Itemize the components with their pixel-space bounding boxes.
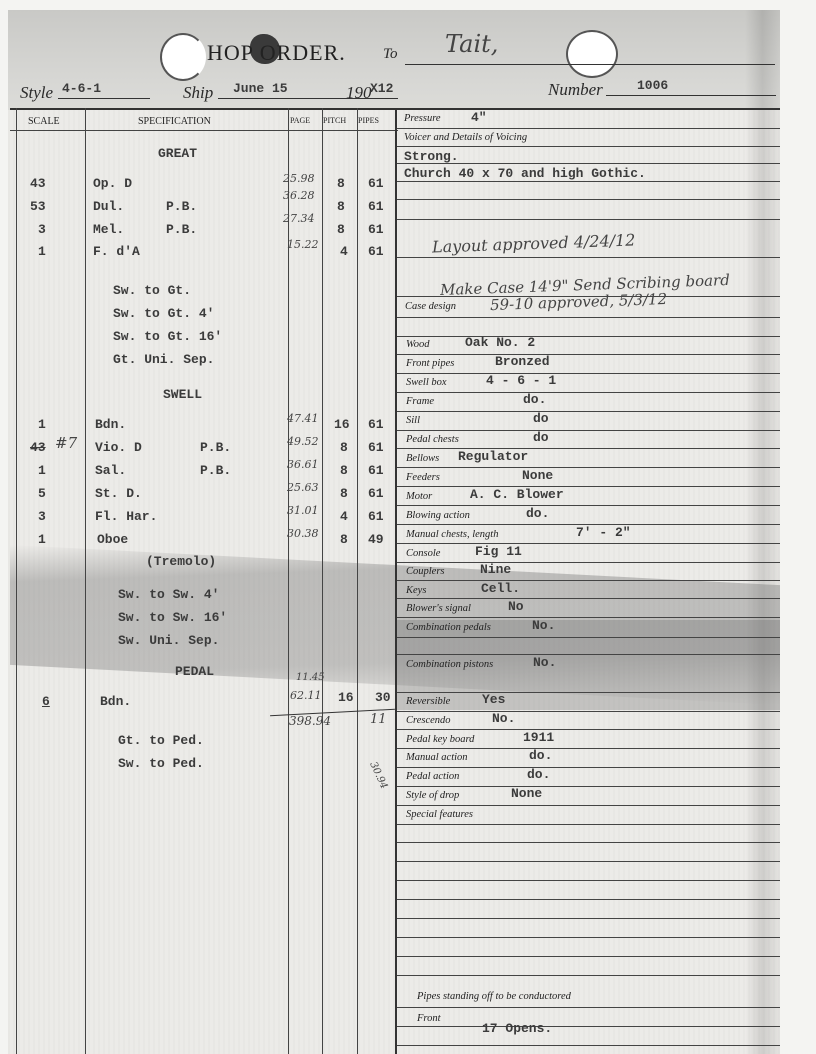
ruled-line [397,937,780,938]
detail-label: Swell box [406,377,447,388]
detail-label: Frame [406,396,434,407]
scale-cell: 43 [30,176,46,191]
scale-cell: 53 [30,199,46,214]
page-cell: 30.38 [287,527,319,540]
tremolo: (Tremolo) [146,554,216,569]
detail-label: Style of drop [406,790,459,801]
scale-cell: 1 [38,532,46,547]
pipes-cell: 61 [368,440,384,455]
col-header-pitch: PITCH [323,116,346,125]
pressure-label: Pressure [404,113,441,124]
stop-name: Vio. D [95,440,142,455]
detail-value: No [508,599,524,614]
detail-value: Bronzed [495,354,550,369]
ship-underline [218,98,398,99]
style-underline [58,98,150,99]
detail-label: Manual action [406,752,468,763]
pipes-cell: 61 [368,176,384,191]
detail-label: Sill [406,415,420,426]
detail-value: None [522,468,553,483]
detail-value: do [533,411,549,426]
stop-name: Bdn. [100,694,131,709]
page-cell-above: 11.45 [296,672,325,683]
detail-label: Keys [406,585,426,596]
ruled-line [397,505,780,506]
stop-note: P.B. [200,463,231,478]
pitch-cell: 16 [338,690,354,705]
coupler: Gt. to Ped. [118,733,204,748]
ruled-line [397,580,780,581]
page-cell: 27.34 [283,212,315,225]
detail-value: No. [492,711,515,726]
pitch-cell: 8 [340,440,348,455]
number-underline [606,95,776,96]
pitch-cell: 8 [337,199,345,214]
detail-label: Feeders [406,472,440,483]
detail-label: Console [406,548,440,559]
detail-label: Motor [406,491,432,502]
col-header-specification: SPECIFICATION [138,116,211,127]
ruled-line [397,805,780,806]
scan-stripe [745,10,780,1054]
detail-label: Combination pistons [406,659,493,670]
column-rule [85,108,86,1054]
ruled-line [397,637,780,638]
coupler: Sw. to Gt. 4' [113,306,214,321]
detail-value: Regulator [458,449,528,464]
coupler: Sw. to Sw. 4' [118,587,219,602]
front-label: Front [417,1013,441,1024]
ruled-line [397,842,780,843]
ruled-line [397,861,780,862]
detail-value: do. [527,767,550,782]
pitch-cell: 4 [340,244,348,259]
page-cell: 25.98 [283,172,315,185]
page-cell: 31.01 [287,504,319,517]
col-header-scale: SCALE [28,116,60,127]
detail-label: Pedal chests [406,434,459,445]
pressure-value: 4" [471,110,487,125]
ruled-line [397,692,780,693]
coupler: Gt. Uni. Sep. [113,352,214,367]
detail-label: Blowing action [406,510,470,521]
number-label: Number [548,80,603,100]
detail-value: do. [529,748,552,763]
section-title-swell: SWELL [163,387,202,402]
ruled-line [397,430,780,431]
page-cell: 47.41 [287,412,319,425]
column-rule [357,108,358,1054]
style-value: 4-6-1 [62,81,101,96]
detail-value: None [511,786,542,801]
ruled-line [397,486,780,487]
ruled-line [397,199,780,200]
ruled-line [397,411,780,412]
pipes-cell: 61 [368,463,384,478]
pitch-cell: 4 [340,509,348,524]
ruled-line [397,1026,780,1027]
detail-label: Special features [406,809,473,820]
pipes-cell: 61 [368,199,384,214]
stop-note: P.B. [200,440,231,455]
detail-value: Nine [480,562,511,577]
ruled-line [397,729,780,730]
voicing-line: Church 40 x 70 and high Gothic. [404,166,646,181]
detail-value: No. [533,655,556,670]
pipes-cell: 61 [368,244,384,259]
pipes-cell: 61 [368,417,384,432]
scale-cell: 6 [42,694,50,709]
page-cell: 25.63 [287,481,319,494]
stop-name: Dul. [93,199,124,214]
stop-note: P.B. [166,222,197,237]
ruled-line [397,146,780,147]
ruled-line [397,786,780,787]
scale-cell: 1 [38,463,46,478]
ruled-line [397,448,780,449]
ship-value: June 15 [233,81,288,96]
column-rule [16,108,17,1054]
detail-value: Cell. [481,581,520,596]
ruled-line [397,767,780,768]
page-cell: 15.22 [287,238,319,251]
detail-label: Pedal action [406,771,459,782]
to-value: Tait, [445,30,498,58]
pitch-cell: 8 [340,463,348,478]
ruled-line [397,899,780,900]
front-value: 17 Opens. [482,1021,552,1036]
page-total: 398.94 [289,714,331,728]
detail-value: A. C. Blower [470,487,564,502]
pipes-cell: 61 [368,486,384,501]
page-cell: 49.52 [287,435,319,448]
year-value: X12 [370,81,393,96]
ship-label: Ship [183,83,213,103]
detail-value: do. [523,392,546,407]
punch-hole [566,30,618,78]
scale-cell: 5 [38,486,46,501]
detail-value: 4 - 6 - 1 [486,373,556,388]
coupler: Sw. to Gt. [113,283,191,298]
col-header-pipes: PIPES [358,116,379,125]
scale-cell: 1 [38,417,46,432]
detail-label: Wood [406,339,430,350]
voicer-label: Voicer and Details of Voicing [404,132,527,143]
ruled-line [397,562,780,563]
ruled-line [397,918,780,919]
detail-value: Oak No. 2 [465,335,535,350]
year-prefix: 190 [346,83,372,103]
to-label: To [383,46,397,63]
page-cell: 36.28 [283,189,315,202]
pipes-cell: 30 [375,690,391,705]
scale-cell: #7 [55,434,77,452]
column-rule [322,108,323,1054]
coupler: Sw. to Gt. 16' [113,329,222,344]
header-divider [10,130,398,131]
ruled-line [397,598,780,599]
ruled-line [397,467,780,468]
ruled-line [397,711,780,712]
ruled-line [397,317,780,318]
detail-value: 1911 [523,730,554,745]
pipes-standing-label: Pipes standing off to be conductored [417,991,571,1002]
ruled-line [397,181,780,182]
detail-value: Yes [482,692,505,707]
detail-value: Fig 11 [475,544,522,559]
ruled-line [397,543,780,544]
pitch-cell: 8 [340,486,348,501]
pitch-cell: 8 [337,176,345,191]
scale-cell: 1 [38,244,46,259]
scale-cell: 3 [38,222,46,237]
stop-name: Op. D [93,176,132,191]
detail-label: Couplers [406,566,445,577]
ruled-line [397,1045,780,1046]
pipes-cell: 49 [368,532,384,547]
page-cell: 62.11 [290,689,322,702]
coupler: Sw. to Ped. [118,756,204,771]
stop-note: P.B. [166,199,197,214]
detail-value: 7' - 2" [576,525,631,540]
col-header-page: PAGE [290,116,310,125]
ruled-line [397,1007,780,1008]
detail-label: Bellows [406,453,439,464]
detail-value: do [533,430,549,445]
detail-label: Manual chests, length [406,529,498,540]
detail-label: Front pipes [406,358,454,369]
ruled-line [397,956,780,957]
ruled-line [397,748,780,749]
stop-name: St. D. [95,486,142,501]
scale-cell-struck: 43 [30,440,46,455]
voicing-line: Strong. [404,149,459,164]
detail-label: Combination pedals [406,622,491,633]
ruled-line [397,617,780,618]
section-title-great: GREAT [158,146,197,161]
ruled-line [397,654,780,655]
pipes-cell: 61 [368,509,384,524]
number-value: 1006 [637,78,668,93]
punch-hole [160,33,206,81]
to-underline [405,64,775,65]
ruled-line [397,975,780,976]
ruled-line [397,219,780,220]
ruled-line [397,257,780,258]
pitch-cell: 8 [337,222,345,237]
ruled-line [397,128,780,129]
pipes-total: 11 [370,712,387,727]
scale-cell: 3 [38,509,46,524]
form-title: HOP ORDER. [207,40,346,66]
coupler: Sw. Uni. Sep. [118,633,219,648]
ruled-line [397,336,780,337]
stop-name: F. d'A [93,244,140,259]
ruled-line [397,392,780,393]
ruled-line [397,354,780,355]
detail-value: do. [526,506,549,521]
pipes-cell: 61 [368,222,384,237]
stop-name: Oboe [97,532,128,547]
panel-divider [395,108,397,1054]
pitch-cell: 16 [334,417,350,432]
detail-label: Blower's signal [406,603,471,614]
style-label: Style [20,83,53,103]
coupler: Sw. to Sw. 16' [118,610,227,625]
ruled-line [397,880,780,881]
ruled-line [397,824,780,825]
pitch-cell: 8 [340,532,348,547]
stop-name: Fl. Har. [95,509,157,524]
detail-value: No. [532,618,555,633]
stop-name: Mel. [93,222,124,237]
page-cell: 36.61 [287,458,319,471]
stop-name: Sal. [95,463,126,478]
detail-label: Crescendo [406,715,451,726]
ruled-line [397,373,780,374]
detail-label: Pedal key board [406,734,474,745]
case-design-label: Case design [405,301,456,312]
stop-name: Bdn. [95,417,126,432]
section-title-pedal: PEDAL [175,664,214,679]
detail-label: Reversible [406,696,450,707]
